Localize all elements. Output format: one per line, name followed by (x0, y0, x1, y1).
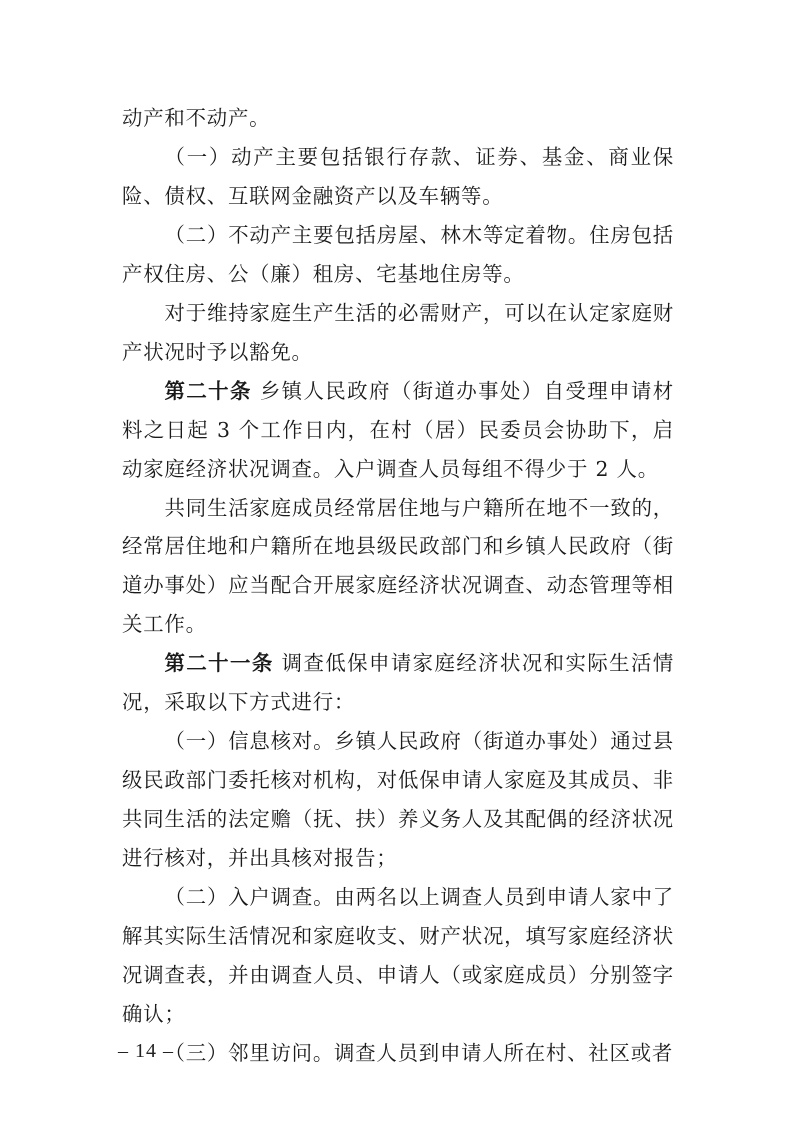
paragraph-text: 动产和不动产。 (122, 106, 270, 130)
article-number: 第二十一条 (165, 651, 274, 675)
paragraph-3: （二）不动产主要包括房屋、林木等定着物。住房包括产权住房、公（廉）租房、宅基地住… (122, 216, 674, 294)
article-21-paragraph: 第二十一条调查低保申请家庭经济状况和实际生活情况，采取以下方式进行： (122, 644, 674, 722)
paragraph-text: （二）不动产主要包括房屋、林木等定着物。住房包括产权住房、公（廉）租房、宅基地住… (122, 223, 674, 286)
document-body: 动产和不动产。 （一）动产主要包括银行存款、证券、基金、商业保险、债权、互联网金… (122, 99, 674, 1073)
paragraph-2: （一）动产主要包括银行存款、证券、基金、商业保险、债权、互联网金融资产以及车辆等… (122, 138, 674, 216)
paragraph-9: （二）入户调查。由两名以上调查人员到申请人家中了解其实际生活情况和家庭收支、财产… (122, 878, 674, 1034)
paragraph-6: 共同生活家庭成员经常居住地与户籍所在地不一致的，经常居住地和户籍所在地县级民政部… (122, 489, 674, 645)
page-number: – 14 – (118, 1040, 174, 1063)
paragraph-text: 对于维持家庭生产生活的必需财产，可以在认定家庭财产状况时予以豁免。 (122, 301, 674, 364)
article-20-paragraph: 第二十条乡镇人民政府（街道办事处）自受理申请材料之日起 3 个工作日内，在村（居… (122, 372, 674, 489)
document-page: 动产和不动产。 （一）动产主要包括银行存款、证券、基金、商业保险、债权、互联网金… (0, 0, 793, 1122)
paragraph-text: （三）邻里访问。调查人员到申请人所在村、社区或者 (165, 1041, 674, 1065)
paragraph-text: 共同生活家庭成员经常居住地与户籍所在地不一致的，经常居住地和户籍所在地县级民政部… (122, 496, 674, 637)
paragraph-text: （一）信息核对。乡镇人民政府（街道办事处）通过县级民政部门委托核对机构，对低保申… (122, 729, 674, 870)
paragraph-text: （二）入户调查。由两名以上调查人员到申请人家中了解其实际生活情况和家庭收支、财产… (122, 885, 674, 1026)
paragraph-1: 动产和不动产。 (122, 99, 674, 138)
article-number: 第二十条 (165, 379, 252, 403)
paragraph-8: （一）信息核对。乡镇人民政府（街道办事处）通过县级民政部门委托核对机构，对低保申… (122, 722, 674, 878)
paragraph-text: （一）动产主要包括银行存款、证券、基金、商业保险、债权、互联网金融资产以及车辆等… (122, 145, 674, 208)
paragraph-4: 对于维持家庭生产生活的必需财产，可以在认定家庭财产状况时予以豁免。 (122, 294, 674, 372)
paragraph-10: （三）邻里访问。调查人员到申请人所在村、社区或者 (122, 1034, 674, 1073)
